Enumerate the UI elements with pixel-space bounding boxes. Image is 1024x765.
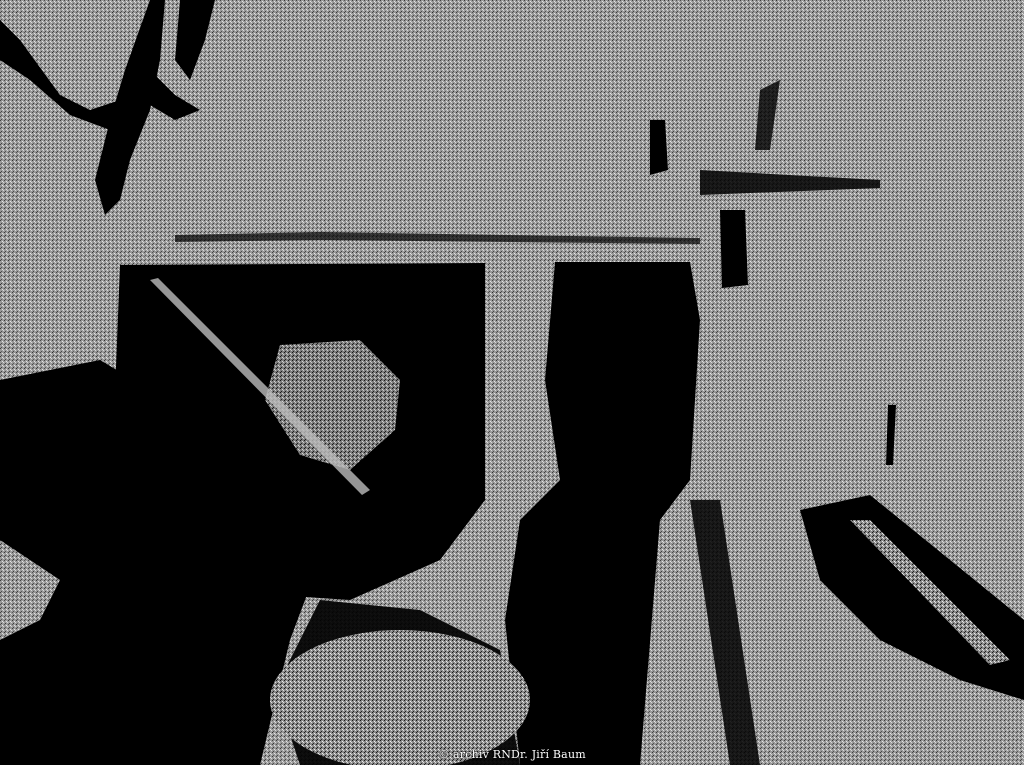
photo-scene bbox=[0, 0, 1024, 765]
archival-photo: © archiv RNDr. Jiří Baum bbox=[0, 0, 1024, 765]
copyright-caption: © archiv RNDr. Jiří Baum bbox=[0, 748, 1024, 761]
